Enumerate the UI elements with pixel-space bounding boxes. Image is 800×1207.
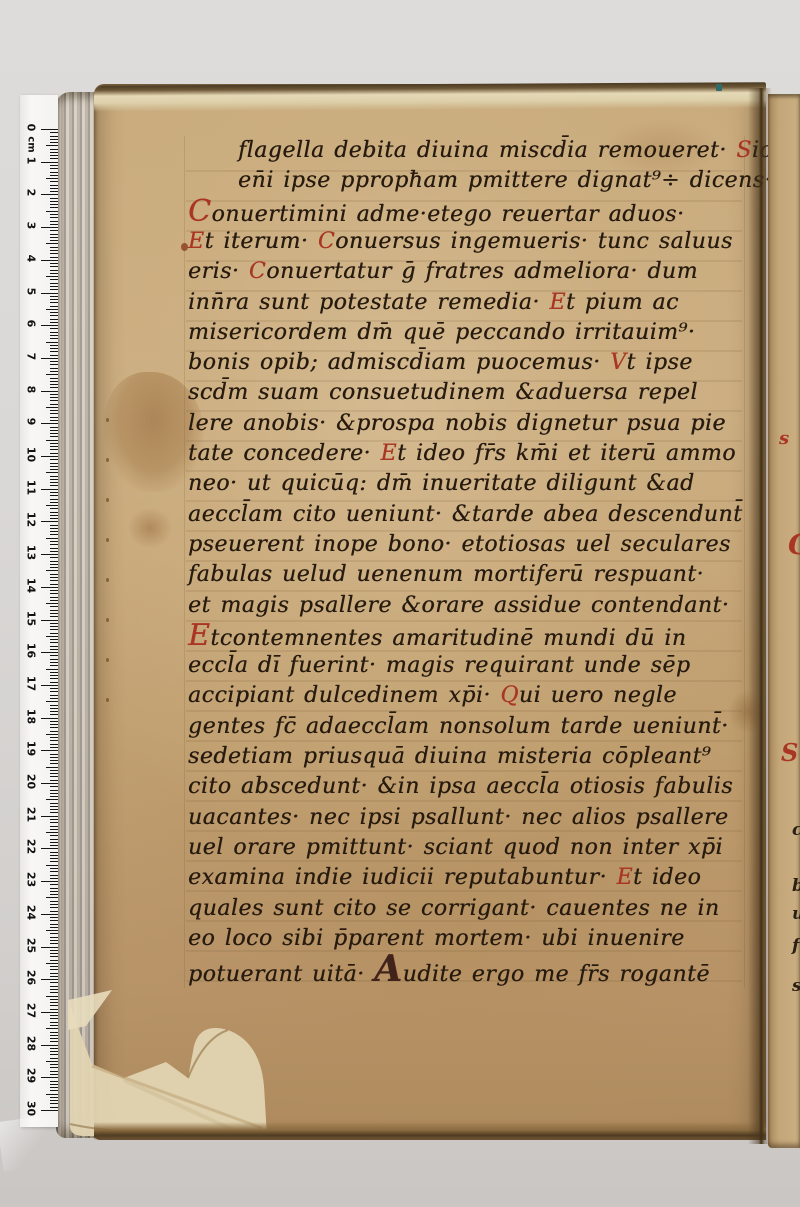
ruler-tick — [50, 884, 58, 885]
rubric-initial: E — [381, 441, 398, 466]
rubric-initial: C — [249, 259, 266, 284]
ruler-tick — [50, 835, 58, 836]
ruler-tick — [46, 897, 58, 898]
ruler-tick — [50, 433, 58, 434]
ruler-tick — [50, 904, 58, 905]
ruler-tick — [50, 296, 58, 297]
ruler-tick — [50, 338, 58, 339]
ruler-tick — [50, 626, 58, 627]
ruler-number: 10 — [25, 446, 38, 464]
ruler-tick — [50, 976, 58, 977]
ruler-number: 30 — [25, 1100, 38, 1118]
ruler-tick — [50, 721, 58, 722]
ruler-tick — [46, 145, 58, 146]
ruler-tick — [50, 453, 58, 454]
ruler-tick — [50, 485, 58, 486]
ruler-tick — [41, 587, 58, 588]
text-segment: eccl̄a dī fuerint· magis requirant unde … — [188, 653, 690, 678]
ruler-tick — [50, 525, 58, 526]
ruler-tick — [46, 505, 58, 506]
ruler-tick — [50, 322, 58, 323]
ruler-tick — [50, 168, 58, 169]
ruler-number: 7 — [25, 347, 38, 365]
ruler-tick — [50, 878, 58, 879]
ruler-tick — [50, 790, 58, 791]
ruler-tick — [50, 871, 58, 872]
cm-ruler: 0123456789101112131415161718192021222324… — [20, 95, 58, 1127]
ruler-tick — [50, 266, 58, 267]
text-segment: et magis psallere &orare assidue contend… — [188, 593, 729, 618]
manuscript-line: pseuerent inope bono· etotiosas uel secu… — [188, 530, 731, 560]
ruler-tick — [46, 669, 58, 670]
ruler-tick — [50, 257, 58, 258]
manuscript-line: examina indie iudicii reputabuntur· Et i… — [188, 863, 701, 893]
ruler-tick — [46, 996, 58, 997]
facing-page-rubric-letter: S — [781, 738, 798, 767]
ruler-tick — [46, 1061, 58, 1062]
ruler-tick — [50, 943, 58, 944]
ruler-number: 24 — [25, 903, 38, 921]
ruler-tick — [50, 695, 58, 696]
ruler-tick — [50, 1097, 58, 1098]
ruler-tick — [50, 384, 58, 385]
rubric-initial: E — [616, 865, 633, 890]
ruler-tick — [50, 417, 58, 418]
text-segment: fabulas uelud uenenum mortiferū respuant… — [188, 562, 704, 587]
ruler-tick — [50, 646, 58, 647]
ruler-tick — [46, 1094, 58, 1095]
ruler-tick — [50, 1054, 58, 1055]
ruler-number: 17 — [25, 674, 38, 692]
ruler-tick — [41, 554, 58, 555]
text-segment: t iterum· — [205, 229, 318, 254]
text-segment: t ideo fr̄s km̄i et iterū ammo — [397, 441, 736, 466]
ruler-tick — [50, 861, 58, 862]
text-segment: en̄i ipse ppropħam pmittere dignat⁹÷ dic… — [238, 168, 772, 193]
ruler-tick — [50, 1005, 58, 1006]
text-segment: flagella debita diuina miscd̄ia remouere… — [238, 138, 736, 163]
ruler-number: 19 — [25, 740, 38, 758]
ruler-tick — [50, 420, 58, 421]
ruler-tick — [50, 459, 58, 460]
text-segment: aeccl̄am cito ueniunt· &tarde abea desce… — [188, 502, 742, 527]
ruler-tick — [50, 528, 58, 529]
ruler-tick — [50, 891, 58, 892]
ruler-number: 15 — [25, 609, 38, 627]
ruler-tick — [50, 427, 58, 428]
ruler-tick — [50, 237, 58, 238]
ruler-tick — [50, 207, 58, 208]
ruler-tick — [50, 142, 58, 143]
manuscript-photo: flagella debita diuina miscd̄ia remouere… — [0, 0, 800, 1207]
ruler-tick — [50, 672, 58, 673]
ruler-number: 28 — [25, 1034, 38, 1052]
ruler-tick — [50, 829, 58, 830]
ruler-tick — [50, 355, 58, 356]
ruler-tick — [50, 534, 58, 535]
ruler-tick — [46, 211, 58, 212]
ruler-tick — [50, 973, 58, 974]
ruler-tick — [50, 561, 58, 562]
ruler-number: 4 — [25, 249, 38, 267]
rubric-initial: C — [188, 194, 211, 229]
ruler-tick — [50, 623, 58, 624]
ruler-tick — [46, 407, 58, 408]
ruler-tick — [46, 636, 58, 637]
ruler-tick — [41, 1012, 58, 1013]
ruler-tick — [41, 456, 58, 457]
ruler-tick — [50, 149, 58, 150]
ruler-number: 18 — [25, 707, 38, 725]
ruler-tick — [50, 172, 58, 173]
ruler-tick — [50, 1081, 58, 1082]
text-segment: potuerant uitā· — [188, 962, 374, 987]
ruler-tick — [50, 822, 58, 823]
ruler-tick — [50, 1018, 58, 1019]
text-segment: gentes fc̄ adaeccl̄am nonsolum tarde uen… — [188, 714, 729, 739]
ruler-tick — [50, 548, 58, 549]
ruler-tick — [50, 155, 58, 156]
ruler-tick — [50, 924, 58, 925]
ruler-tick — [50, 675, 58, 676]
ruler-tick — [50, 1064, 58, 1065]
text-segment: sedetiam priusquā diuina misteria cōplea… — [188, 744, 711, 769]
ruler-tick — [50, 655, 58, 656]
ruler-tick — [50, 629, 58, 630]
ruler-tick — [41, 652, 58, 653]
ruler-tick — [50, 263, 58, 264]
manuscript-line: eris· Conuertatur ḡ fratres admeliora· d… — [188, 257, 698, 287]
ruler-tick — [50, 956, 58, 957]
ruler-tick — [50, 711, 58, 712]
ruler-tick — [50, 584, 58, 585]
ruler-tick — [50, 191, 58, 192]
ruler-tick — [50, 345, 58, 346]
ruler-tick — [50, 888, 58, 889]
ruler-tick — [50, 564, 58, 565]
manuscript-line: scd̄m suam consuetudinem &aduersa repel — [188, 378, 698, 408]
ruler-tick — [50, 188, 58, 189]
ruler-tick — [50, 1048, 58, 1049]
ruler-tick — [41, 750, 58, 751]
manuscript-line: et magis psallere &orare assidue contend… — [188, 591, 729, 621]
ruler-tick — [46, 832, 58, 833]
rubric-initial: A — [374, 948, 402, 990]
ruler-tick — [50, 911, 58, 912]
manuscript-line: eccl̄a dī fuerint· magis requirant unde … — [188, 651, 690, 681]
manuscript-line: potuerant uitā· Audite ergo me fr̄s roga… — [188, 954, 710, 990]
ruler-tick — [41, 521, 58, 522]
text-segment: onuertatur ḡ fratres admeliora· dum — [266, 259, 698, 284]
ruler-tick — [50, 747, 58, 748]
ruler-tick — [41, 783, 58, 784]
ruler-tick — [50, 364, 58, 365]
ruler-tick — [50, 826, 58, 827]
ruler-tick — [50, 763, 58, 764]
ruler-tick — [46, 767, 58, 768]
facing-page-letter-fragment: f — [792, 936, 799, 956]
ruler-tick — [50, 544, 58, 545]
ruler-tick — [50, 793, 58, 794]
text-segment: t pium ac — [566, 290, 679, 315]
ruler-tick — [50, 606, 58, 607]
manuscript-line: bonis opib; admiscd̄iam puocemus· Vt ips… — [188, 348, 693, 378]
ruler-tick — [50, 731, 58, 732]
ruler-tick — [50, 446, 58, 447]
ruler-tick — [46, 472, 58, 473]
ruler-tick — [50, 688, 58, 689]
rubric-initial: C — [318, 229, 335, 254]
ruler-tick — [50, 678, 58, 679]
ruler-tick — [50, 1032, 58, 1033]
ruler-tick — [50, 682, 58, 683]
ruler-tick — [50, 907, 58, 908]
ruler-tick — [50, 714, 58, 715]
ruler-tick — [50, 1090, 58, 1091]
ruler-number: 23 — [25, 871, 38, 889]
ruler-tick — [50, 737, 58, 738]
ruler-tick — [50, 283, 58, 284]
ruler-tick — [50, 1084, 58, 1085]
ruler-tick — [46, 178, 58, 179]
ruler-tick — [50, 1025, 58, 1026]
ruler-tick — [50, 920, 58, 921]
ruler-tick — [41, 325, 58, 326]
ruler-number: 25 — [25, 936, 38, 954]
ruler-tick — [50, 289, 58, 290]
manuscript-line: quales sunt cito se corrigant· cauentes … — [188, 894, 720, 924]
ruler-tick — [50, 1071, 58, 1072]
ruler-tick — [41, 1045, 58, 1046]
ruler-tick — [41, 979, 58, 980]
ruler-tick — [50, 234, 58, 235]
ruler-tick — [41, 620, 58, 621]
ruler-tick — [50, 132, 58, 133]
ruler-tick — [50, 400, 58, 401]
ruler-tick — [50, 966, 58, 967]
ruler-tick — [46, 570, 58, 571]
ruler-tick — [50, 1015, 58, 1016]
text-segment: neo· ut quicūq: dm̄ inueritate diligunt … — [188, 471, 695, 496]
ruler-tick — [50, 492, 58, 493]
ruler-tick — [50, 224, 58, 225]
ruler-tick — [50, 515, 58, 516]
ruler-tick — [46, 538, 58, 539]
ruler-tick — [50, 839, 58, 840]
ruler-tick — [50, 1087, 58, 1088]
ruler-tick — [50, 642, 58, 643]
rubric-initial: E — [188, 618, 210, 653]
ruler-tick — [50, 1002, 58, 1003]
ruler-tick — [50, 597, 58, 598]
plastic-glare — [0, 1114, 61, 1172]
ruler-number: 3 — [25, 217, 38, 235]
ruler-tick — [50, 1038, 58, 1039]
ruler-tick — [50, 204, 58, 205]
ruler-tick — [50, 240, 58, 241]
ruler-number: 27 — [25, 1001, 38, 1019]
ruler-tick — [41, 718, 58, 719]
ruler-tick — [50, 969, 58, 970]
ruler-tick — [46, 930, 58, 931]
ruler-tick — [50, 306, 58, 307]
ruler-number: 26 — [25, 969, 38, 987]
manuscript-line: uel orare pmittunt· sciant quod non inte… — [188, 833, 723, 863]
ruler-number: 2 — [25, 184, 38, 202]
ruler-tick — [50, 855, 58, 856]
text-segment: examina indie iudicii reputabuntur· — [188, 865, 616, 890]
ruler-tick — [50, 482, 58, 483]
manuscript-line: sedetiam priusquā diuina misteria cōplea… — [188, 742, 711, 772]
ruler-tick — [50, 1103, 58, 1104]
ruler-tick — [50, 894, 58, 895]
ruler-tick — [41, 423, 58, 424]
ruler-tick — [50, 175, 58, 176]
ruler-tick — [41, 848, 58, 849]
ruler-tick — [50, 803, 58, 804]
ruler-tick — [50, 1100, 58, 1101]
manuscript-line: flagella debita diuina miscd̄ia remouere… — [238, 136, 772, 166]
ruler-tick — [50, 279, 58, 280]
ruler-tick — [46, 603, 58, 604]
ruler-tick — [50, 590, 58, 591]
ruler-number: 8 — [25, 380, 38, 398]
ruler-tick — [50, 449, 58, 450]
ruler-tick — [50, 786, 58, 787]
ruler-number: 13 — [25, 544, 38, 562]
ruler-tick — [50, 165, 58, 166]
manuscript-line: aeccl̄am cito ueniunt· &tarde abea desce… — [188, 500, 742, 530]
text-segment: bonis opib; admiscd̄iam puocemus· — [188, 350, 610, 375]
text-segment: inn̄ra sunt potestate remedia· — [188, 290, 549, 315]
ruler-tick — [50, 1035, 58, 1036]
text-segment: quales sunt cito se corrigant· cauentes … — [188, 896, 720, 921]
manuscript-line: Conuertimini adme·etego reuertar aduos· — [188, 197, 684, 230]
ruler-tick — [50, 754, 58, 755]
text-segment: tate concedere· — [188, 441, 381, 466]
ruler-tick — [41, 685, 58, 686]
ruler-tick — [46, 342, 58, 343]
ruler-tick — [46, 1028, 58, 1029]
ruler-tick — [50, 999, 58, 1000]
text-segment: uel orare pmittunt· sciant quod non inte… — [188, 835, 723, 860]
ruler-tick — [50, 286, 58, 287]
ruler-tick — [50, 518, 58, 519]
ruler-tick — [50, 986, 58, 987]
ruler-tick — [50, 381, 58, 382]
text-segment: eo loco sibi p̄parent mortem· ubi inueni… — [188, 926, 685, 951]
ruler-tick — [50, 371, 58, 372]
ruler-tick — [46, 734, 58, 735]
ruler-tick — [50, 780, 58, 781]
manuscript-line: en̄i ipse ppropħam pmittere dignat⁹÷ dic… — [238, 166, 772, 196]
ruler-tick — [50, 724, 58, 725]
ruler-tick — [46, 374, 58, 375]
ruler-tick — [50, 410, 58, 411]
rubric-initial: E — [549, 290, 566, 315]
ruler-tick — [50, 698, 58, 699]
torn-corner-underleaf — [62, 986, 312, 1144]
ruler-tick — [50, 387, 58, 388]
ruler-tick — [50, 662, 58, 663]
ruler-tick — [50, 181, 58, 182]
rubric-initial: V — [610, 350, 626, 375]
ruler-tick — [50, 299, 58, 300]
ruler-tick — [50, 757, 58, 758]
text-segment: scd̄m suam consuetudinem &aduersa repel — [188, 380, 698, 405]
ruler-tick — [50, 610, 58, 611]
ruler-tick — [50, 351, 58, 352]
ruler-tick — [50, 992, 58, 993]
manuscript-line: cito abscedunt· &in ipsa aeccl̄a otiosis… — [188, 772, 733, 802]
ruler-tick — [50, 512, 58, 513]
text-segment: onuersus ingemueris· tunc saluus — [335, 229, 733, 254]
ruler-tick — [50, 443, 58, 444]
ruler-tick — [50, 430, 58, 431]
ruler-tick — [41, 881, 58, 882]
facing-page-rubric-letter: s — [779, 428, 789, 449]
ruler-tick — [50, 933, 58, 934]
ruler-tick — [41, 391, 58, 392]
text-segment: onuertimini adme·etego reuertar aduos· — [211, 202, 684, 227]
ruler-tick — [50, 247, 58, 248]
ruler-tick — [50, 508, 58, 509]
ruler-tick — [50, 463, 58, 464]
text-segment: pseuerent inope bono· etotiosas uel secu… — [188, 532, 731, 557]
ruler-tick — [50, 1107, 58, 1108]
ruler-number: 21 — [25, 805, 38, 823]
ruler-tick — [50, 378, 58, 379]
ruler-tick — [46, 701, 58, 702]
ruler-tick — [50, 773, 58, 774]
ruler-tick — [50, 744, 58, 745]
ruler-tick — [50, 845, 58, 846]
ruler-tick — [50, 214, 58, 215]
ruler-tick — [46, 276, 58, 277]
manuscript-line: tate concedere· Et ideo fr̄s km̄i et ite… — [188, 439, 736, 469]
ruler-tick — [50, 953, 58, 954]
ruler-tick — [50, 476, 58, 477]
text-segment: udite ergo me fr̄s rogantē — [403, 962, 710, 987]
manuscript-line: uacantes· nec ipsi psallunt· nec alios p… — [188, 803, 729, 833]
manuscript-line: neo· ut quicūq: dm̄ inueritate diligunt … — [188, 469, 695, 499]
ruler-tick — [50, 198, 58, 199]
ruler-tick — [50, 270, 58, 271]
ruler-tick — [50, 368, 58, 369]
ruler-tick — [50, 466, 58, 467]
ruler-tick — [41, 914, 58, 915]
ruler-tick — [50, 600, 58, 601]
ruler-number: 16 — [25, 642, 38, 660]
ruler-tick — [50, 502, 58, 503]
ruler-tick — [46, 243, 58, 244]
ruler-tick — [50, 319, 58, 320]
ruler-tick — [50, 982, 58, 983]
text-segment: t ipse — [627, 350, 693, 375]
ruler-tick — [50, 705, 58, 706]
ruler-tick — [50, 479, 58, 480]
ruler-tick — [50, 1058, 58, 1059]
ruler-tick — [50, 557, 58, 558]
ruler-tick — [50, 960, 58, 961]
ruler-tick — [50, 1009, 58, 1010]
ruler-tick — [50, 361, 58, 362]
ruler-tick — [46, 440, 58, 441]
ruler-number: 6 — [25, 315, 38, 333]
ruler-tick — [50, 809, 58, 810]
ruler-unit-label: cm — [26, 136, 37, 154]
rubric-initial: Q — [500, 683, 519, 708]
